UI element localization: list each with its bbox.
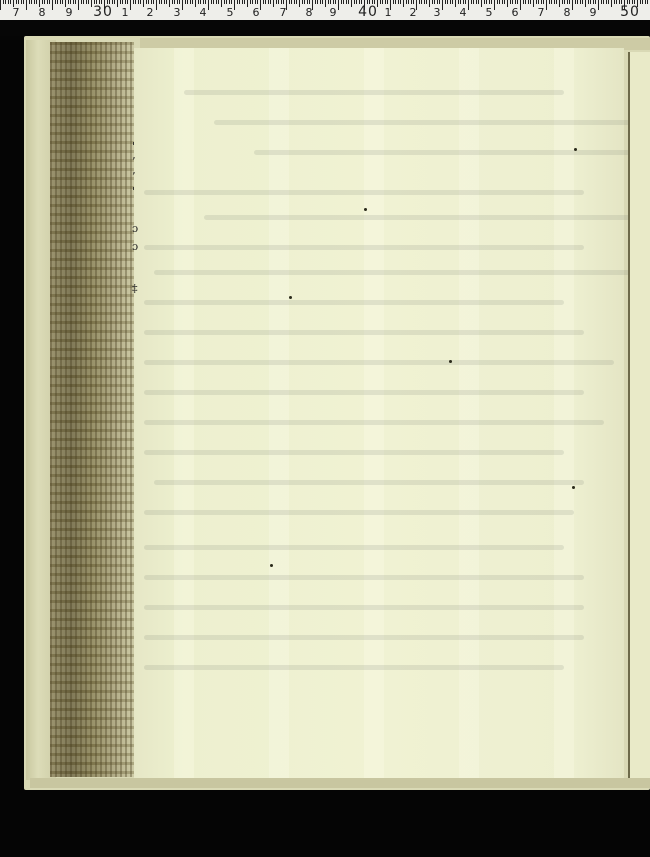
ruler-tick [593,0,594,4]
ruler-tick [424,0,425,4]
ruler-tick [458,0,459,4]
ruler-label: 2 [147,6,154,19]
ruler-tick [52,0,53,10]
ruler-tick [200,0,201,4]
ruler-tick [411,0,412,4]
ruler-tick [478,0,479,4]
ruler-tick [577,0,578,4]
margin-mark: ɔ [132,240,138,253]
ruler-tick [151,0,152,4]
faint-text-line [144,665,564,670]
faint-text-line [144,245,584,250]
ruler-label: 7 [538,6,545,19]
ruler-tick [569,0,570,4]
ruler-tick [203,0,204,4]
ruler-tick [567,0,568,4]
bottom-page-edge [30,778,650,788]
ruler-tick [159,0,160,4]
ruler-tick [554,0,555,4]
ruler-tick [304,0,305,4]
ruler-tick [278,0,279,4]
ruler-tick [481,0,482,7]
faint-text-line [144,545,564,550]
faint-text-line [144,390,584,395]
ruler-tick [257,0,258,4]
faint-text-line [154,480,584,485]
ruler-label: 4 [460,6,467,19]
ruler-tick [413,0,414,4]
ruler-tick [468,0,469,10]
ruler-label: 9 [590,6,597,19]
faint-text-line [204,215,650,220]
faint-text-line [144,510,574,515]
ruler-tick [541,0,542,4]
ruler-tick [265,0,266,4]
ruler-tick [330,0,331,4]
ruler-tick [244,0,245,4]
ruler-tick [130,0,131,10]
ruler-tick [473,0,474,4]
ruler-tick [179,0,180,4]
ruler-label: 9 [66,6,73,19]
ruler-tick [530,0,531,4]
ruler-tick [268,0,269,4]
ruler-tick [291,0,292,4]
ruler-tick [221,0,222,7]
ruler-tick [585,0,586,7]
ruler-tick [44,0,45,4]
ruler-tick [395,0,396,4]
ruler-tick [606,0,607,4]
ruler-tick [3,0,4,4]
ruler-tick [114,0,115,4]
faint-text-line [214,120,650,125]
ruler-tick [148,0,149,4]
ruler-tick [647,0,648,4]
ruler-tick [611,0,612,7]
ruler-label: 1 [385,6,392,19]
ruler-tick [528,0,529,4]
ruler-tick [192,0,193,4]
ruler-tick [471,0,472,4]
ruler-tick [346,0,347,4]
margin-mark: ɔ [132,222,138,235]
faint-text-line [144,330,584,335]
ruler-tick [307,0,308,4]
ruler-tick [320,0,321,4]
ruler-tick [549,0,550,4]
ruler-tick [512,0,513,4]
ruler-tick [595,0,596,4]
ruler-tick [556,0,557,4]
ruler-tick [499,0,500,4]
ruler-tick [575,0,576,4]
ruler-tick [387,0,388,4]
margin-mark: ‡ [132,282,138,295]
ruler-tick [57,0,58,4]
ruler-label: 9 [330,6,337,19]
ruler-tick [88,0,89,4]
ruler-tick [70,0,71,4]
ruler-label: 5 [486,6,493,19]
ink-speck [449,360,452,363]
ruler-tick [296,0,297,4]
ruler-tick [55,0,56,4]
ruler-tick [333,0,334,4]
ruler-tick [78,0,79,10]
ruler-tick [510,0,511,4]
faint-text-line [144,360,614,365]
ruler-tick [325,0,326,7]
ruler-tick [538,0,539,4]
ruler-tick [226,0,227,4]
margin-mark: ’ [132,170,136,183]
ruler-tick [23,0,24,4]
ruler-tick [380,0,381,4]
background-strip [0,20,650,36]
ruler-tick [419,0,420,4]
margin-mark: ’ [132,155,136,168]
ruler-tick [161,0,162,4]
ink-speck [574,148,577,151]
ruler-tick [572,0,573,10]
scale-ruler: 789301234567894012345678950 [0,0,650,21]
ruler-tick [49,0,50,4]
manuscript-page [134,48,624,778]
ruler-tick [276,0,277,4]
ruler-label: 8 [564,6,571,19]
ruler-tick [533,0,534,7]
ruler-tick [231,0,232,4]
ruler-tick [211,0,212,4]
ruler-tick [398,0,399,4]
ruler-label: 7 [280,6,287,19]
margin-mark: ' [132,140,135,153]
ruler-tick [229,0,230,4]
ruler-tick [601,0,602,4]
ruler-tick [598,0,599,10]
faint-text-line [144,450,564,455]
ruler-tick [281,0,282,4]
ruler-tick [385,0,386,4]
ruler-tick [406,0,407,4]
ruler-tick [455,0,456,7]
ruler-tick [135,0,136,4]
ruler-tick [294,0,295,4]
ruler-tick [250,0,251,4]
faint-text-line [144,635,584,640]
ruler-tick [497,0,498,4]
ruler-tick [138,0,139,4]
ruler-tick [421,0,422,4]
ruler-tick [343,0,344,4]
facing-page-edge [628,52,650,780]
ruler-tick [127,0,128,4]
ruler-tick [341,0,342,4]
ruler-tick [328,0,329,4]
ruler-label: 3 [174,6,181,19]
ruler-tick [309,0,310,4]
ruler-tick [122,0,123,4]
faint-text-line [144,605,584,610]
ruler-tick [463,0,464,4]
ink-speck [270,564,273,567]
ruler-tick [146,0,147,4]
ruler-tick [182,0,183,10]
ruler-label: 1 [122,6,129,19]
ruler-tick [21,0,22,4]
spine-page-edges [50,42,134,777]
ruler-tick [502,0,503,4]
ruler-tick [174,0,175,4]
ruler-tick [60,0,61,4]
ruler-tick [315,0,316,4]
ruler-tick [348,0,349,4]
ruler-tick [616,0,617,4]
ruler-tick [10,0,11,4]
ruler-tick [195,0,196,7]
ruler-tick [42,0,43,4]
faint-text-line [154,270,634,275]
ruler-tick [260,0,261,10]
margin-mark: ' [132,185,135,198]
ruler-tick [517,0,518,4]
ruler-tick [172,0,173,4]
ruler-tick [642,0,643,4]
ruler-tick [608,0,609,4]
ruler-tick [120,0,121,4]
ruler-tick [143,0,144,7]
ruler-tick [437,0,438,4]
ruler-tick [140,0,141,4]
ruler-tick [34,0,35,4]
ruler-tick [489,0,490,4]
ruler-tick [177,0,178,4]
ruler-tick [218,0,219,4]
ruler-tick [335,0,336,4]
ruler-tick [465,0,466,4]
ruler-tick [603,0,604,4]
ruler-tick [242,0,243,4]
ruler-tick [588,0,589,4]
ruler-tick [208,0,209,10]
ruler-tick [645,0,646,4]
faint-text-line [144,420,604,425]
ruler-tick [153,0,154,4]
ruler-tick [18,0,19,4]
ruler-tick [263,0,264,4]
ruler-tick [429,0,430,7]
ruler-tick [504,0,505,4]
ruler-tick [338,0,339,10]
ruler-tick [164,0,165,4]
ruler-tick [559,0,560,7]
ruler-tick [400,0,401,4]
ruler-tick [187,0,188,4]
ruler-tick [515,0,516,4]
ruler-tick [216,0,217,4]
ruler-tick [8,0,9,4]
ruler-tick [562,0,563,4]
ruler-label: 5 [227,6,234,19]
ruler-tick [447,0,448,4]
ruler-tick [582,0,583,4]
ruler-tick [198,0,199,4]
faint-text-line [184,90,564,95]
ruler-label: 7 [13,6,20,19]
ruler-tick [536,0,537,4]
ruler-tick [354,0,355,4]
ruler-tick [494,0,495,10]
ruler-tick [580,0,581,4]
ruler-tick [442,0,443,10]
ruler-tick [213,0,214,4]
ruler-tick [439,0,440,4]
ruler-tick [0,0,1,10]
ruler-tick [520,0,521,10]
faint-text-line [254,150,650,155]
ruler-tick [166,0,167,4]
ruler-tick [270,0,271,4]
ruler-tick [81,0,82,4]
ruler-tick [543,0,544,4]
ruler-label: 50 [620,4,640,20]
ruler-tick [546,0,547,10]
ruler-tick [255,0,256,4]
ruler-label: 8 [39,6,46,19]
ruler-tick [283,0,284,4]
ruler-tick [75,0,76,4]
ruler-label: 2 [410,6,417,19]
ruler-tick [86,0,87,4]
ruler-tick [239,0,240,4]
ruler-tick [237,0,238,4]
ruler-tick [525,0,526,4]
ruler-tick [16,0,17,4]
ruler-tick [47,0,48,4]
ruler-tick [382,0,383,4]
faint-text-line [144,300,564,305]
ruler-tick [252,0,253,4]
ruler-tick [117,0,118,7]
ruler-tick [234,0,235,10]
ruler-tick [156,0,157,10]
ruler-tick [317,0,318,4]
ruler-tick [551,0,552,4]
ruler-tick [426,0,427,4]
ruler-tick [403,0,404,7]
ruler-tick [590,0,591,4]
ruler-tick [169,0,170,7]
ruler-tick [31,0,32,4]
ruler-tick [408,0,409,4]
ruler-tick [460,0,461,4]
ruler-tick [564,0,565,4]
ruler-tick [68,0,69,4]
ruler-tick [452,0,453,4]
ruler-tick [91,0,92,7]
ruler-label: 6 [512,6,519,19]
ruler-tick [185,0,186,4]
ruler-label: 4 [200,6,207,19]
ruler-label: 40 [358,4,378,20]
ruler-tick [356,0,357,4]
ruler-tick [445,0,446,4]
ruler-tick [476,0,477,4]
ruler-tick [484,0,485,4]
ruler-tick [507,0,508,7]
ruler-tick [289,0,290,4]
ruler-tick [614,0,615,4]
ruler-tick [73,0,74,4]
ruler-tick [523,0,524,4]
ruler-tick [205,0,206,4]
ruler-tick [450,0,451,4]
ruler-tick [486,0,487,4]
ruler-tick [393,0,394,4]
ink-speck [572,486,575,489]
ruler-tick [491,0,492,4]
faint-text-line [144,575,584,580]
ruler-label: 8 [306,6,313,19]
ruler-tick [302,0,303,4]
ink-speck [289,296,292,299]
ruler-tick [62,0,63,4]
ruler-tick [247,0,248,7]
ruler-tick [224,0,225,4]
ruler-tick [190,0,191,4]
ruler-tick [273,0,274,7]
ruler-tick [351,0,352,7]
ruler-tick [36,0,37,4]
ink-speck [364,208,367,211]
ruler-label: 30 [93,4,113,20]
ruler-tick [83,0,84,4]
ruler-tick [322,0,323,4]
ruler-label: 6 [253,6,260,19]
ruler-label: 3 [434,6,441,19]
ruler-tick [299,0,300,7]
ruler-tick [434,0,435,4]
ruler-tick [432,0,433,4]
ruler-tick [26,0,27,10]
ruler-tick [125,0,126,4]
faint-text-line [144,190,584,195]
ruler-tick [29,0,30,4]
ruler-tick [133,0,134,4]
ruler-tick [5,0,6,4]
